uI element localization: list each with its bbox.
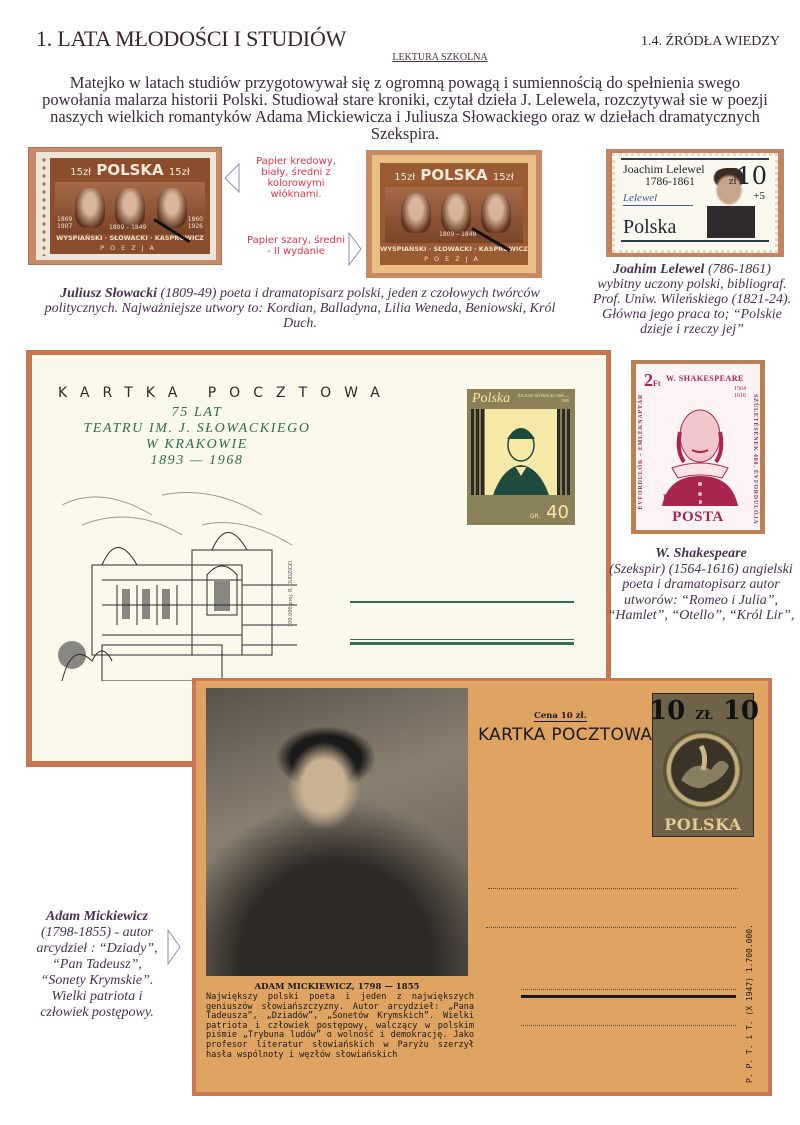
portrait-slowacki	[115, 188, 145, 228]
stamp-value: 10ZŁ10	[649, 696, 759, 726]
stamp-value: GR. 40	[530, 502, 569, 523]
postcard-subtitle: 75 LAT TEATRU IM. J. SŁOWACKIEGO W KRAKO…	[32, 405, 362, 469]
caption-slowacki: Juliusz Słowacki (1809-49) poeta i drama…	[30, 286, 570, 331]
stamp-country: Polska	[623, 216, 676, 239]
address-line	[350, 642, 574, 645]
postcard-price: Cena 10 zł.	[534, 711, 587, 722]
stamp-slowacki-printed: Polska JULIUSZ SŁOWACKI 1809 — 1849 GR. …	[467, 389, 575, 525]
portraits-panel: 1809 – 1849	[385, 187, 523, 243]
portraits-panel: 18691907 1809 – 1849 18601926	[55, 182, 205, 234]
stamp-country: Polska	[472, 391, 510, 407]
subheading: LEKTURA SZKOLNA	[0, 52, 800, 63]
address-line	[521, 1025, 736, 1026]
portrait-slowacki	[485, 409, 557, 495]
stamp-surcharge: +5	[753, 190, 765, 202]
perforation	[40, 156, 48, 256]
address-line	[486, 927, 736, 928]
stamp-slowacki-perforated: 15zł POLSKA 15zł 18691907 1809 – 1849 18…	[36, 152, 216, 260]
printing-credit: 100.000 proj. R. DUDZICKI	[288, 561, 294, 627]
stamp-lelewel: Joachim Lelewel 1786-1861 Lelewel Polska…	[612, 153, 778, 253]
address-line	[521, 989, 736, 990]
paper-note-2: Papier szary, średni - II wydanie	[244, 235, 348, 257]
stamp-value: 2Ft	[644, 370, 661, 391]
section-title: 1.4. ŹRÓDŁA WIEDZY	[641, 34, 780, 50]
stamp-name: W. SHAKESPEARE	[666, 374, 744, 383]
stamp-caption: POEZJA	[50, 244, 210, 252]
stamp-design: 15zł POLSKA 15zł 1809 – 1849 WYSPIAŃSKI …	[380, 163, 528, 265]
stamp-country: POLSKA	[96, 161, 163, 179]
address-line	[350, 601, 574, 603]
paper-note-1: Papier kredowy, biały, średni z kolorowy…	[246, 156, 346, 200]
eagle-medallion	[663, 730, 743, 810]
bio-title: ADAM MICKIEWICZ, 1798 — 1855	[196, 982, 478, 992]
address-line	[488, 888, 738, 889]
intro-paragraph: Matejko w latach studiów przygotowywał s…	[40, 74, 770, 142]
address-line	[350, 639, 574, 640]
caption-shakespeare: W. Shakespeare(Szekspir) (1564-1616) ang…	[606, 546, 796, 624]
edition-note: P. P. T. i T. (X 1947) 1.700.000.	[745, 924, 754, 1083]
portrait-mickiewicz	[206, 688, 468, 976]
triangle-right-icon	[167, 929, 181, 965]
signature: Lelewel	[623, 192, 693, 206]
stamp-country: POLSKA	[653, 815, 753, 834]
bio-text: Największy polski poeta i jeden z najwię…	[206, 993, 474, 1060]
postcard-title: KARTKA POCZTOWA	[478, 725, 652, 745]
postcard-mickiewicz: ADAM MICKIEWICZ, 1798 — 1855 Największy …	[196, 681, 768, 1092]
address-line-bold	[521, 995, 736, 998]
portrait-wyspianski	[75, 188, 105, 228]
stamp-name: Joachim Lelewel	[623, 162, 705, 177]
stamp-value: 15	[70, 167, 83, 178]
caption-mickiewicz: Adam Mickiewicz(1798-1855) - autor arcyd…	[30, 909, 164, 1021]
triangle-right-icon	[348, 232, 362, 266]
stamp-shakespeare: 2Ft W. SHAKESPEARE 15641616 ÉVFORDULÓK –…	[636, 364, 760, 530]
stamp-slowacki-imperforate: 15zł POLSKA 15zł 1809 – 1849 WYSPIAŃSKI …	[372, 155, 536, 273]
stamp-years: 1786-1861	[645, 176, 695, 188]
stamp-eagle: 10ZŁ10 POLSKA	[652, 693, 754, 837]
chapter-title: 1. LATA MŁODOŚCI I STUDIÓW	[36, 26, 346, 52]
stamp-design: 15zł POLSKA 15zł 18691907 1809 – 1849 18…	[50, 158, 210, 254]
caption-lelewel: Joahim Lelewel (786-1861) wybitny uczony…	[592, 262, 792, 337]
portrait-shakespeare	[658, 398, 742, 506]
theatre-drawing	[42, 485, 304, 681]
stamp-value: zł10	[729, 162, 767, 190]
postcard-title: KARTKA POCZTOWA	[58, 385, 393, 401]
triangle-left-icon	[224, 163, 240, 193]
stamp-country: MAGYAR POSTA	[636, 492, 760, 526]
